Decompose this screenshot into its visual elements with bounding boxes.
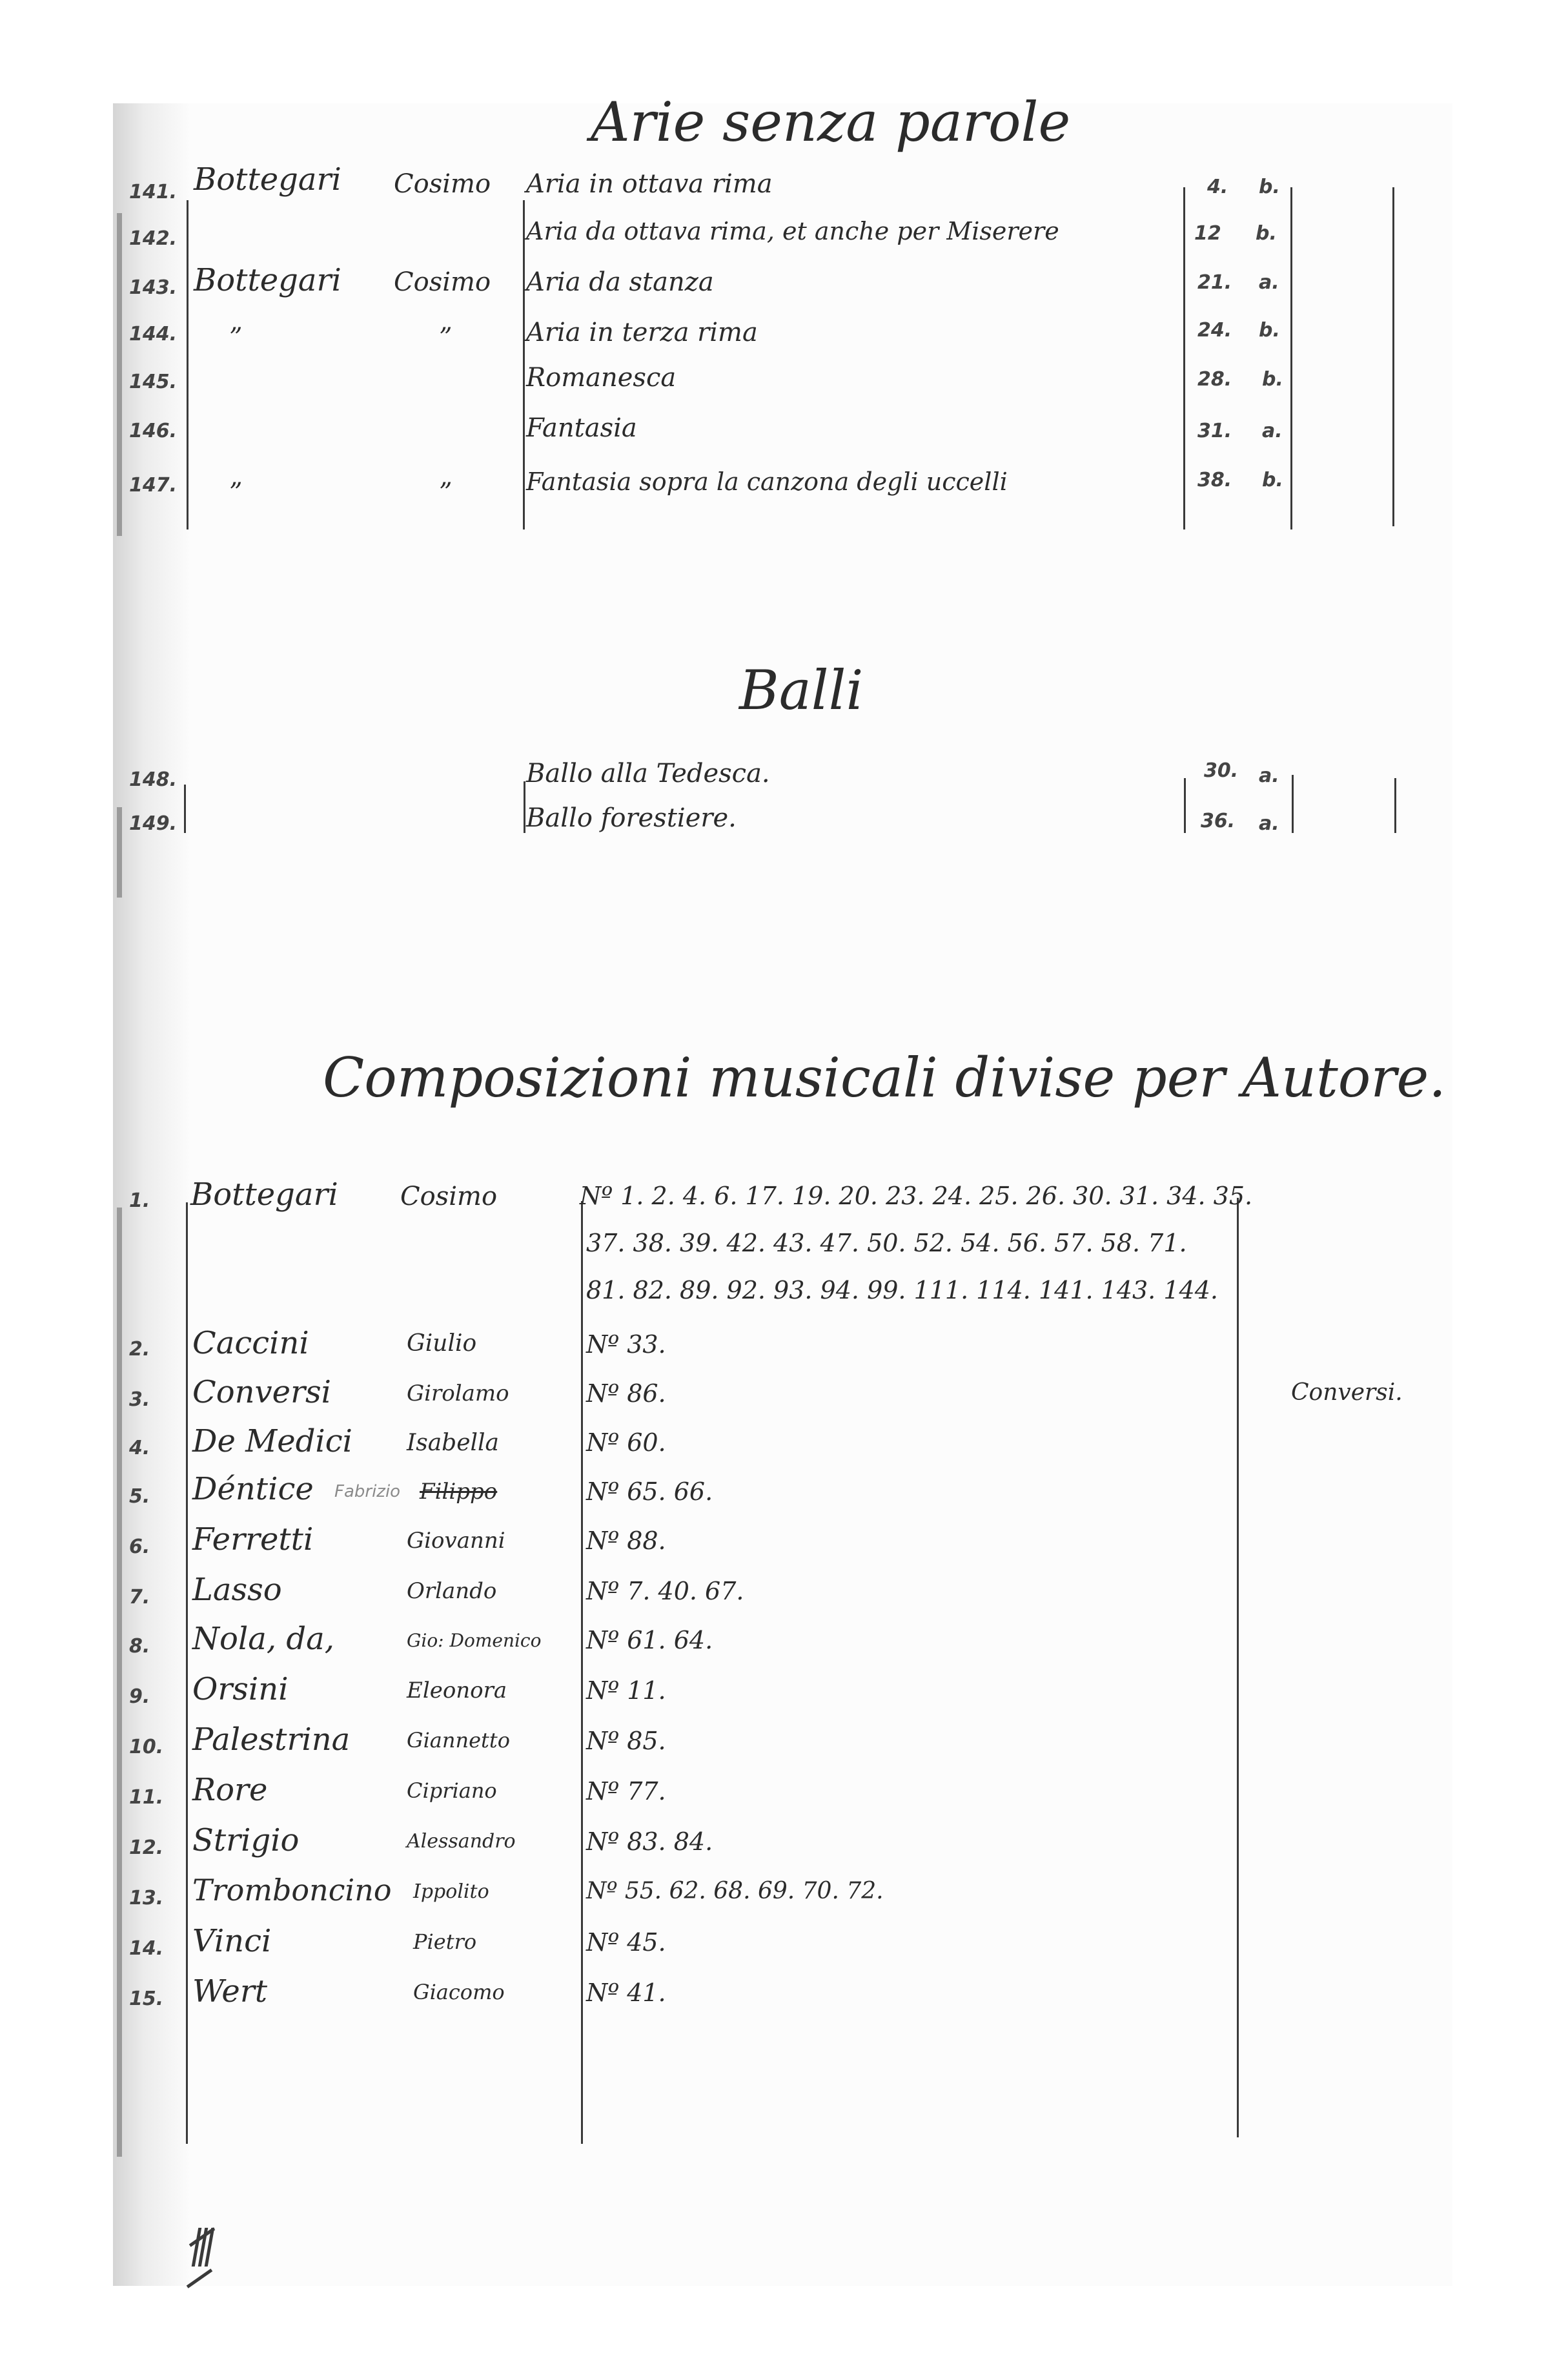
page-number: 36. [1201,810,1235,832]
composer-surname: Déntice [192,1471,314,1507]
composer-surname: Wert [192,1973,267,2010]
composer-name: Gio: Domenico [407,1630,541,1651]
gutter-shadow [117,807,122,898]
entry-number: 10. [129,1736,163,1758]
composer-surname: Orsini [192,1671,289,1707]
work-numbers: Nº 7. 40. 67. [586,1577,744,1605]
composer-name: Cosimo [394,267,491,297]
piece-title: Aria da ottava rima, et anche per Misere… [526,217,1059,245]
page-number: 30. [1204,759,1238,782]
entry-number: 11. [129,1786,163,1809]
piece-title: Fantasia sopra la canzona degli uccelli [526,468,1008,496]
work-numbers: Nº 60. [586,1428,666,1457]
page-number: 4. [1207,176,1228,198]
page-side: b. [1259,319,1280,342]
composer-name: Giulio [407,1330,476,1357]
folio-mark-iii [188,2221,214,2273]
composer-name-struck: Filippo [420,1479,497,1505]
rule-outer-bracket [1392,187,1394,526]
composer-surname: Bottegari [194,262,341,298]
page-side: a. [1259,812,1279,835]
composer-name: Cosimo [400,1182,497,1211]
composer-name: Cosimo [394,169,491,199]
work-numbers: Nº 83. 84. [586,1827,713,1856]
entry-number: 148. [129,768,177,791]
composer-surname: De Medici [192,1423,352,1459]
entry-number: 15. [129,1988,163,2010]
composer-name: Ippolito [413,1880,489,1903]
composer-surname: Caccini [192,1325,309,1361]
page-number: 24. [1197,319,1232,342]
insertion-note: Fabrizio [334,1482,400,1501]
ditto-mark: ” [229,478,242,508]
piece-title: Ballo forestiere. [526,803,737,833]
page-number: 21. [1197,271,1232,294]
entry-number: 9. [129,1685,150,1708]
rule-title-column [524,781,525,833]
ditto-mark: ” [439,478,452,508]
rule-outer-bracket [1394,778,1396,833]
page-side: a. [1259,271,1279,294]
entry-number: 8. [129,1635,150,1658]
section-title-balli: Balli [739,659,863,722]
page-number: 31. [1197,420,1232,442]
entry-number: 5. [129,1485,150,1508]
composer-name: Orlando [407,1578,496,1604]
page-side: b. [1262,368,1283,391]
work-numbers: Nº 33. [586,1330,666,1359]
page-side: b. [1262,469,1283,491]
rule-number-column [186,1202,188,2144]
piece-title: Aria in terza rima [526,318,758,347]
composer-surname: Ferretti [192,1521,313,1558]
composer-name: Giovanni [407,1528,505,1554]
rule-numbers-column [581,1201,583,2144]
rule-page-right [1290,187,1292,529]
ditto-mark: ” [439,323,452,353]
composer-surname: Nola, da, [192,1621,334,1657]
page-number: 28. [1197,368,1232,391]
work-numbers: Nº 86. [586,1379,666,1408]
page-number: 12 [1194,222,1221,245]
rule-number-column [184,785,186,833]
entry-number: 4. [129,1437,150,1459]
work-numbers: 81. 82. 89. 92. 93. 94. 99. 111. 114. 14… [586,1276,1218,1304]
rule-title-column [523,200,525,529]
entry-number: 143. [129,276,177,299]
composer-name: Isabella [407,1430,499,1456]
rule-right-column [1237,1198,1239,2137]
page-side: a. [1262,420,1283,442]
entry-number: 146. [129,420,177,442]
rule-page-left [1183,187,1185,529]
rule-page-right [1292,775,1294,833]
entry-number: 149. [129,812,177,835]
work-numbers: Nº 55. 62. 68. 69. 70. 72. [586,1878,884,1904]
work-numbers: Nº 61. 64. [586,1626,713,1654]
composer-name: Cipriano [407,1778,497,1803]
rule-page-left [1184,778,1186,833]
piece-title: Aria in ottava rima [526,169,773,199]
work-numbers: Nº 65. 66. [586,1477,713,1506]
section-title-autori: Composizioni musicali divise per Autore. [323,1046,1446,1109]
entry-number: 12. [129,1836,163,1859]
entry-number: 3. [129,1388,150,1411]
composer-name: Pietro [413,1929,476,1954]
work-numbers: Nº 41. [586,1979,666,2007]
entry-number: 1. [129,1189,150,1212]
entry-number: 7. [129,1586,150,1609]
work-numbers: Nº 77. [586,1777,666,1805]
entry-number: 6. [129,1536,150,1558]
page-side: a. [1259,765,1279,787]
page-side: b. [1256,222,1277,245]
piece-title: Ballo alla Tedesca. [526,759,770,788]
work-numbers: Nº 85. [586,1727,666,1755]
piece-title: Aria da stanza [526,267,714,297]
work-numbers: 37. 38. 39. 42. 43. 47. 50. 52. 54. 56. … [586,1229,1187,1257]
gutter-shadow [117,1208,122,2157]
rule-number-column [187,200,188,529]
work-numbers: Nº 45. [586,1928,666,1957]
margin-note: Conversi. [1291,1379,1403,1406]
ditto-mark: ” [229,323,242,353]
page-side: b. [1259,176,1280,198]
entry-number: 141. [129,181,177,203]
entry-number: 14. [129,1937,163,1960]
composer-name: Girolamo [407,1381,509,1406]
composer-surname: Lasso [192,1572,282,1608]
entry-number: 142. [129,227,177,250]
composer-surname: Bottegari [190,1177,338,1213]
work-numbers: Nº 88. [586,1527,666,1555]
composer-surname: Vinci [192,1923,271,1959]
composer-surname: Bottegari [194,161,341,198]
composer-surname: Palestrina [192,1722,350,1758]
composer-surname: Strigio [192,1822,299,1858]
composer-name: Alessandro [407,1830,516,1853]
section-title-arie: Arie senza parole [591,90,1070,154]
composer-surname: Rore [192,1772,267,1808]
piece-title: Fantasia [526,413,637,443]
work-numbers: Nº 11. [586,1676,666,1705]
entry-number: 147. [129,474,177,497]
entry-number: 144. [129,323,177,345]
entry-number: 13. [129,1887,163,1909]
composer-surname: Tromboncino [192,1873,392,1907]
piece-title: Romanesca [526,363,676,393]
entry-number: 145. [129,371,177,393]
composer-surname: Conversi [192,1374,331,1410]
work-numbers: Nº 1. 2. 4. 6. 17. 19. 20. 23. 24. 25. 2… [580,1182,1252,1210]
composer-name: Eleonora [407,1678,507,1703]
entry-number: 2. [129,1338,150,1361]
page-number: 38. [1197,469,1232,491]
composer-name: Giacomo [413,1980,505,2004]
composer-name: Giannetto [407,1728,510,1753]
gutter-shadow [117,213,122,536]
